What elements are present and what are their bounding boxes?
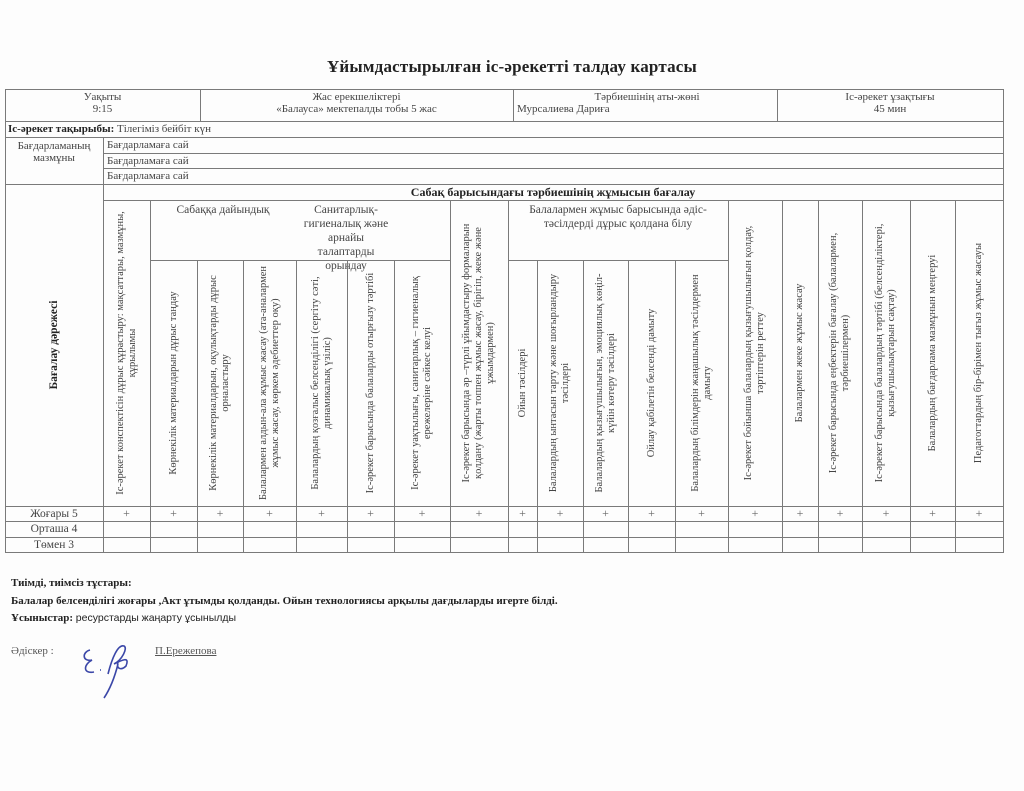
mark-cell: [583, 537, 628, 552]
column-header-text: Балалардың бағдарлама мазмұнын меңгеруі: [927, 205, 939, 501]
mark-cell: [583, 521, 628, 537]
mark-cell: [347, 537, 394, 552]
column-header: Балалардың ынтасын тарту және шоғырланды…: [537, 260, 583, 506]
mark-cell: [103, 521, 150, 537]
column-header: Іс-әрекет барысында балаларды отырғызу т…: [347, 260, 394, 506]
program-row-3: Бағдарламаға сай: [107, 170, 997, 184]
column-header-text: Балалардың қызығушылығын, эмоциялық көңі…: [594, 265, 618, 501]
table-rule: [103, 168, 1003, 169]
table-rule: [103, 137, 104, 553]
table-rule: [5, 184, 1003, 185]
mark-cell: +: [583, 506, 628, 521]
mark-cell: +: [508, 506, 537, 521]
column-header-text: Іс-әрекет уақтылығы, санитарлық – гигиен…: [410, 265, 434, 501]
table-rule: [5, 121, 1003, 122]
column-header: Іс-әрекет барысында әр –түрлі ұйымдастыр…: [450, 200, 508, 506]
column-header-text: Іс-әрекет барысында еңбектерін бағалау (…: [828, 205, 852, 501]
recommendations: Ұсыныстар: ресурстарды жаңарту ұсынылды: [11, 612, 236, 624]
mark-cell: [818, 521, 862, 537]
table-rule: [150, 200, 151, 553]
table-rule: [5, 89, 1003, 90]
table-rule: [728, 200, 729, 553]
mark-cell: [296, 521, 347, 537]
table-rule: [200, 89, 201, 121]
table-rule: [537, 260, 538, 553]
level-label: Төмен 3: [5, 538, 103, 553]
table-rule: [818, 200, 819, 553]
column-header-text: Іс-әрекет барысында әр –түрлі ұйымдастыр…: [461, 205, 497, 501]
column-header-text: Ойын тәсілдері: [517, 265, 529, 501]
column-header: Балалардың қызығушылығын, эмоциялық көңі…: [583, 260, 628, 506]
table-rule: [1003, 89, 1004, 553]
column-header: Ойлау қабілетін белсенді дамыту: [628, 260, 675, 506]
table-rule: [675, 260, 676, 553]
column-header: Балалардың бағдарлама мазмұнын меңгеруі: [910, 200, 955, 506]
level-header-cell: Бағалау дәрежесі: [5, 184, 103, 506]
table-rule: [862, 200, 863, 553]
table-rule: [628, 260, 629, 553]
table-rule: [103, 153, 1003, 154]
group-sanitary: Санитарлық-гигиеналық және арнайы талапт…: [300, 203, 392, 259]
mark-cell: +: [197, 506, 243, 521]
mark-cell: [818, 537, 862, 552]
column-header-text: Көрнекілік материалдарын дұрыс таңдау: [168, 265, 180, 501]
column-header: Іс-әрекет конспектісін дұрыс құрастыру: …: [103, 200, 150, 506]
methodist-label: Әдіскер :: [11, 645, 54, 657]
effective-text: Балалар белсенділігі жоғары ,Акт ұтымды …: [11, 595, 558, 607]
table-rule: [296, 260, 450, 261]
mark-cell: [508, 537, 537, 552]
time-label: Уақыты: [5, 91, 200, 103]
program-label: Бағдарламаның мазмұны: [5, 140, 103, 180]
group-methods: Балалармен жұмыс барысында әдіс-тәсілдер…: [512, 203, 724, 235]
column-header-text: Ойлау қабілетін белсенді дамыту: [646, 265, 658, 501]
table-rule: [777, 89, 778, 121]
mark-cell: +: [728, 506, 782, 521]
topic-label: Іс-әрекет тақырыбы:: [8, 123, 114, 135]
teacher-cell: Тәрбиешінің аты-жөні Мурсалиева Дариға: [513, 91, 777, 121]
table-rule: [394, 260, 395, 553]
mark-cell: [782, 537, 818, 552]
mark-cell: +: [910, 506, 955, 521]
age-cell: Жас ерекшеліктері «Балауса» мектепалды т…: [200, 91, 513, 121]
duration-cell: Іс-әрекет ұзақтығы 45 мин: [777, 91, 1003, 121]
table-rule: [150, 260, 296, 261]
mark-cell: [508, 521, 537, 537]
mark-cell: +: [150, 506, 197, 521]
mark-cell: +: [955, 506, 1003, 521]
methodist-name: П.Ережепова: [155, 645, 216, 657]
mark-cell: +: [862, 506, 910, 521]
table-rule: [347, 260, 348, 553]
table-rule: [5, 521, 1003, 522]
table-rule: [508, 260, 728, 261]
column-header-text: Іс-әрекет барысында балалардың тәртібі (…: [874, 205, 898, 501]
level-label: Орташа 4: [5, 522, 103, 538]
mark-cell: [347, 521, 394, 537]
time-cell: Уақыты 9:15: [5, 91, 200, 121]
topic-cell: Іс-әрекет тақырыбы: Тілегіміз бейбіт күн: [8, 123, 998, 137]
table-rule: [197, 260, 198, 553]
mark-cell: [675, 521, 728, 537]
mark-cell: [910, 521, 955, 537]
topic-value: Тілегіміз бейбіт күн: [117, 123, 211, 135]
column-header-text: Іс-әрекет барысында балаларды отырғызу т…: [365, 265, 377, 501]
column-header-text: Көрнекілік материалдарын, оқулықтарды дұ…: [208, 265, 232, 501]
program-row-1: Бағдарламаға сай: [107, 139, 997, 153]
mark-cell: [782, 521, 818, 537]
mark-cell: [197, 521, 243, 537]
mark-cell: [955, 537, 1003, 552]
mark-cell: [150, 537, 197, 552]
mark-cell: [296, 537, 347, 552]
table-rule: [513, 89, 514, 121]
table-rule: [508, 200, 509, 553]
group-preparation: Сабаққа дайындық: [150, 204, 296, 224]
column-header-text: Балалардың қозғалыс белсенділігі (сергіт…: [310, 265, 334, 501]
duration-value: 45 мин: [777, 103, 1003, 115]
time-value: 9:15: [5, 103, 200, 115]
mark-cell: [450, 537, 508, 552]
column-header: Балалардың білімдерін жаңашылық тәсілдер…: [675, 260, 728, 506]
column-header: Іс-әрекет барысында еңбектерін бағалау (…: [818, 200, 862, 506]
column-header-text: Педагогтардың бір-бірімен тығыз жұмыс жа…: [973, 205, 985, 501]
duration-label: Іс-әрекет ұзақтығы: [777, 91, 1003, 103]
mark-cell: +: [628, 506, 675, 521]
mark-cell: [243, 521, 296, 537]
table-rule: [5, 506, 1003, 507]
mark-cell: [537, 521, 583, 537]
level-header: Бағалау дәрежесі: [48, 245, 60, 445]
column-header: Балалардың қозғалыс белсенділігі (сергіт…: [296, 260, 347, 506]
column-header: Педагогтардың бір-бірімен тығыз жұмыс жа…: [955, 200, 1003, 506]
analysis-table: Уақыты 9:15 Жас ерекшеліктері «Балауса» …: [0, 0, 1024, 791]
evaluation-main-header: Сабақ барысындағы тәрбиешінің жұмысын ба…: [103, 186, 1003, 200]
column-header-text: Іс-әрекет конспектісін дұрыс құрастыру: …: [115, 205, 139, 501]
table-rule: [5, 537, 1003, 538]
mark-cell: +: [782, 506, 818, 521]
mark-cell: +: [347, 506, 394, 521]
column-header: Көрнекілік материалдарын, оқулықтарды дұ…: [197, 260, 243, 506]
mark-cell: +: [394, 506, 450, 521]
mark-cell: +: [537, 506, 583, 521]
column-header-text: Балалардың ынтасын тарту және шоғырланды…: [548, 265, 572, 501]
mark-cell: [197, 537, 243, 552]
effective-label: Тиімді, тиімсіз тұстары:: [11, 577, 132, 589]
column-header-text: Балалардың білімдерін жаңашылық тәсілдер…: [690, 265, 714, 501]
mark-cell: [537, 537, 583, 552]
level-label: Жоғары 5: [5, 507, 103, 522]
table-rule: [103, 200, 1003, 201]
mark-cell: [728, 537, 782, 552]
mark-cell: [150, 521, 197, 537]
table-rule: [910, 200, 911, 553]
table-rule: [782, 200, 783, 553]
table-rule: [243, 260, 244, 553]
mark-cell: [103, 537, 150, 552]
column-header: Балалармен жеке жұмыс жасау: [782, 200, 818, 506]
mark-cell: [862, 537, 910, 552]
table-rule: [955, 200, 956, 553]
teacher-label: Тәрбиешінің аты-жөні: [517, 91, 777, 103]
column-header-text: Балалармен жеке жұмыс жасау: [794, 205, 806, 501]
table-rule: [296, 260, 297, 553]
program-row-2: Бағдарламаға сай: [107, 155, 997, 169]
age-label: Жас ерекшеліктері: [200, 91, 513, 103]
table-rule: [450, 200, 451, 553]
mark-cell: [394, 537, 450, 552]
mark-cell: +: [103, 506, 150, 521]
mark-cell: +: [296, 506, 347, 521]
teacher-value: Мурсалиева Дариға: [517, 103, 777, 115]
mark-cell: [675, 537, 728, 552]
column-header: Ойын тәсілдері: [508, 260, 537, 506]
mark-cell: [394, 521, 450, 537]
mark-cell: [728, 521, 782, 537]
mark-cell: [862, 521, 910, 537]
table-rule: [5, 137, 1003, 138]
mark-cell: [243, 537, 296, 552]
column-header: Іс-әрекет барысында балалардың тәртібі (…: [862, 200, 910, 506]
column-header: Балалармен алдын-ала жұмыс жасау (ата-ан…: [243, 260, 296, 506]
mark-cell: +: [450, 506, 508, 521]
mark-cell: [628, 537, 675, 552]
column-header-text: Балалармен алдын-ала жұмыс жасау (ата-ан…: [258, 265, 282, 501]
column-header-text: Іс-әрекет бойынша балалардың қызығушылығ…: [743, 205, 767, 501]
mark-cell: [955, 521, 1003, 537]
column-header: Көрнекілік материалдарын дұрыс таңдау: [150, 260, 197, 506]
table-rule: [583, 260, 584, 553]
mark-cell: [450, 521, 508, 537]
mark-cell: +: [243, 506, 296, 521]
table-rule: [5, 552, 1003, 553]
signature-icon: [78, 640, 138, 700]
table-rule: [5, 89, 6, 553]
column-header: Іс-әрекет бойынша балалардың қызығушылығ…: [728, 200, 782, 506]
age-value: «Балауса» мектепалды тобы 5 жас: [200, 103, 513, 115]
mark-cell: [628, 521, 675, 537]
mark-cell: +: [675, 506, 728, 521]
column-header: Іс-әрекет уақтылығы, санитарлық – гигиен…: [394, 260, 450, 506]
mark-cell: [910, 537, 955, 552]
mark-cell: +: [818, 506, 862, 521]
